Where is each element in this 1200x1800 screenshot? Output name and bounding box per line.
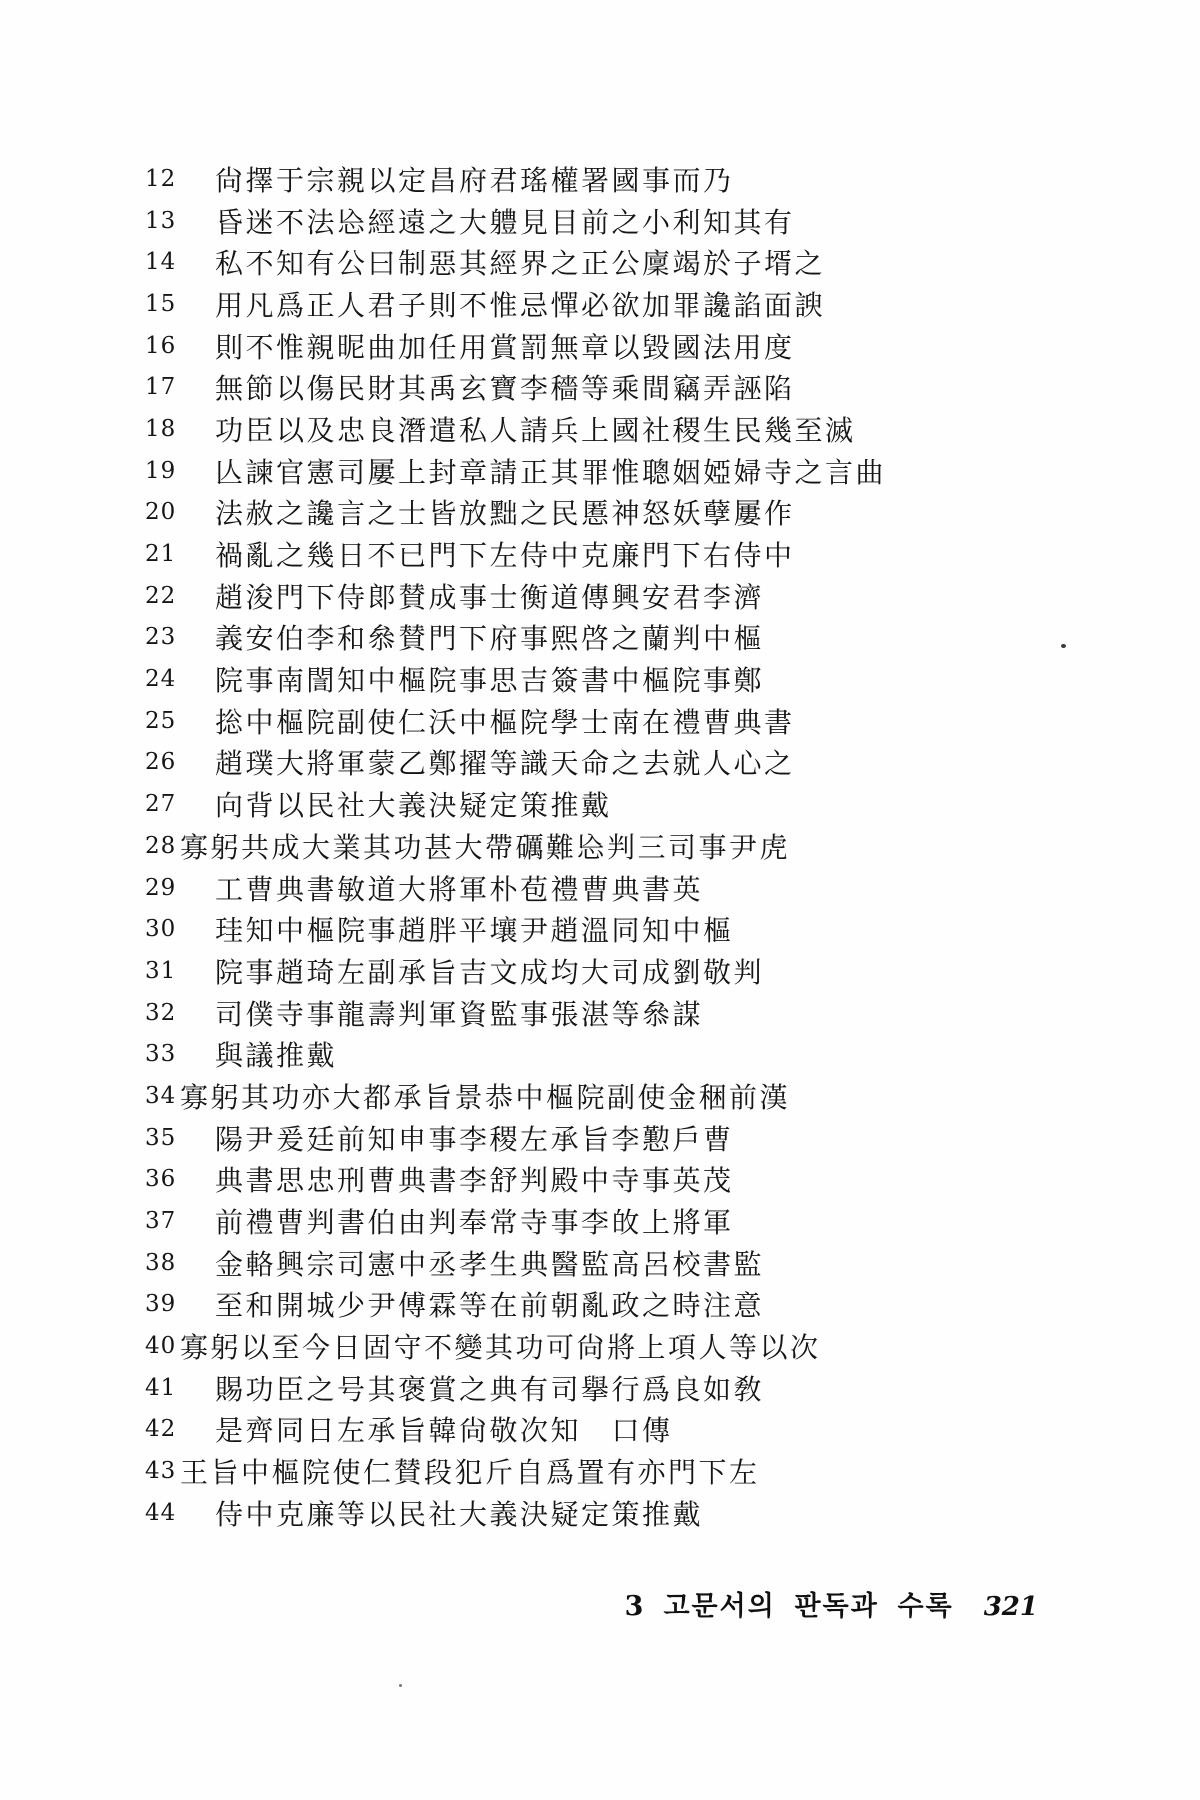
line-number: 35	[145, 1125, 176, 1151]
line-number: 19	[145, 458, 176, 484]
ink-speck	[1061, 644, 1066, 648]
line-text: 私不知有公曰制惡其經界之正公廩竭於子壻之	[215, 242, 825, 282]
line-text: 用凡爲正人君子則不惟忌憚必欲加罪讒諂面諛	[215, 284, 825, 324]
text-line: 24 院事南誾知中樞院事思吉簽書中樞院事鄭	[0, 658, 1200, 700]
line-number: 24	[145, 666, 176, 692]
text-line: 39 至和開城少尹傅霖等在前朝亂政之時注意	[0, 1284, 1200, 1326]
line-text: 陽尹爰廷前知申事李稷左承旨李懃戶曹	[215, 1118, 734, 1158]
line-number: 22	[145, 583, 176, 609]
line-text: 前禮曹判書伯由判奉常寺事李敀上將軍	[215, 1201, 734, 1241]
text-line: 41 賜功臣之号其褒賞之典有司擧行爲良如敎	[0, 1367, 1200, 1409]
line-number: 28	[145, 833, 176, 859]
text-line: 37 前禮曹判書伯由判奉常寺事李敀上將軍	[0, 1200, 1200, 1242]
line-number: 14	[145, 249, 176, 275]
line-number: 16	[145, 333, 176, 359]
line-text: 司僕寺事龍壽判軍資監事張湛等叅謀	[215, 993, 703, 1033]
line-number: 17	[145, 374, 176, 400]
line-number: 33	[145, 1041, 176, 1067]
line-number: 21	[145, 541, 176, 567]
text-line: 27 向背以民社大義決疑定策推戴	[0, 783, 1200, 825]
text-line: 35 陽尹爰廷前知申事李稷左承旨李懃戶曹	[0, 1117, 1200, 1159]
line-text: 金輅興宗司憲中丞孝生典醫監高呂校書監	[215, 1243, 764, 1283]
line-text: 無節以傷民財其禹玄寶李穡等乘間竊弄誣陷	[215, 367, 795, 407]
line-number: 31	[145, 958, 176, 984]
text-line: 22 趙浚門下侍郞賛成事士衡道傳興安君李濟	[0, 575, 1200, 617]
text-line: 43 王旨中樞院使仁賛段犯斤自爲置有亦門下左	[0, 1450, 1200, 1492]
ink-speck	[399, 1684, 402, 1687]
line-text: 與議推戴	[215, 1034, 337, 1074]
text-line: 29 工曹典書敏道大將軍朴苞禮曹典書英	[0, 867, 1200, 909]
text-line: 33 與議推戴	[0, 1033, 1200, 1075]
line-number: 40	[145, 1333, 176, 1359]
transcription-block: 12 尙擇于宗親以定昌府君瑤權署國事而乃 13 昏迷不法㤀經遠之大軆見目前之小利…	[0, 158, 1200, 1534]
line-text: 至和開城少尹傅霖等在前朝亂政之時注意	[215, 1284, 764, 1324]
line-number: 27	[145, 791, 176, 817]
line-number: 44	[145, 1500, 176, 1526]
line-text: 工曹典書敏道大將軍朴苞禮曹典書英	[215, 868, 703, 908]
line-text: 趙浚門下侍郞賛成事士衡道傳興安君李濟	[215, 576, 764, 616]
text-line: 18 功臣以及忠良潛遣私人請兵上國社稷生民幾至滅	[0, 408, 1200, 450]
text-line: 14 私不知有公曰制惡其經界之正公廩竭於子壻之	[0, 241, 1200, 283]
line-text: 院事趙琦左副承旨吉文成均大司成劉敬判	[215, 951, 764, 991]
line-text: 賜功臣之号其褒賞之典有司擧行爲良如敎	[215, 1368, 764, 1408]
line-text: 典書思忠刑曹典書李舒判殿中寺事英茂	[215, 1159, 734, 1199]
text-line: 20 法赦之讒言之士皆放黜之民慝神怒妖孽屢作	[0, 492, 1200, 534]
text-line: 21 禍亂之幾日不已門下左侍中克廉門下右侍中	[0, 533, 1200, 575]
text-line: 19 亾諫官憲司屢上封章請正其罪惟聰姻婭婦寺之言曲	[0, 450, 1200, 492]
line-text: 侍中克廉等以民社大義決疑定策推戴	[215, 1493, 703, 1533]
text-line: 40 寡躬以至今日固守不變其功可尙將上項人等以次	[0, 1325, 1200, 1367]
text-line: 23 義安伯李和叅賛門下府事熙啓之蘭判中樞	[0, 617, 1200, 659]
line-text: 寡躬以至今日固守不變其功可尙將上項人等以次	[180, 1326, 821, 1366]
text-line: 32 司僕寺事龍壽判軍資監事張湛等叅謀	[0, 992, 1200, 1034]
text-line: 26 趙璞大將軍蒙乙鄭擢等識天命之去就人心之	[0, 742, 1200, 784]
text-line: 17 無節以傷民財其禹玄寶李穡等乘間竊弄誣陷	[0, 366, 1200, 408]
footer-section-number: 3	[625, 1591, 644, 1622]
line-text: 寡躬其功亦大都承旨景恭中樞院副使金稇前漢	[180, 1076, 790, 1116]
line-number: 41	[145, 1375, 176, 1401]
line-text: 則不惟親昵曲加任用賞罰無章以毀國法用度	[215, 326, 795, 366]
line-text: 趙璞大將軍蒙乙鄭擢等識天命之去就人心之	[215, 742, 795, 782]
line-text: 尙擇于宗親以定昌府君瑤權署國事而乃	[215, 159, 734, 199]
line-text: 昏迷不法㤀經遠之大軆見目前之小利知其有	[215, 201, 795, 241]
line-text: 捴中樞院副使仁沃中樞院學士南在禮曹典書	[215, 701, 795, 741]
text-line: 15 用凡爲正人君子則不惟忌憚必欲加罪讒諂面諛	[0, 283, 1200, 325]
line-number: 12	[145, 166, 176, 192]
text-line: 25 捴中樞院副使仁沃中樞院學士南在禮曹典書	[0, 700, 1200, 742]
line-number: 29	[145, 875, 176, 901]
line-text: 功臣以及忠良潛遣私人請兵上國社稷生民幾至滅	[215, 409, 856, 449]
text-line: 12 尙擇于宗親以定昌府君瑤權署國事而乃	[0, 158, 1200, 200]
line-number: 30	[145, 916, 176, 942]
line-number: 26	[145, 749, 176, 775]
book-page: 12 尙擇于宗親以定昌府君瑤權署國事而乃 13 昏迷不法㤀經遠之大軆見目前之小利…	[0, 0, 1200, 1800]
footer-page-number: 321	[984, 1592, 1038, 1622]
line-text: 亾諫官憲司屢上封章請正其罪惟聰姻婭婦寺之言曲	[215, 451, 886, 491]
text-line: 34 寡躬其功亦大都承旨景恭中樞院副使金稇前漢	[0, 1075, 1200, 1117]
text-line: 30 珪知中樞院事趙胖平壤尹趙溫同知中樞	[0, 908, 1200, 950]
line-text: 法赦之讒言之士皆放黜之民慝神怒妖孽屢作	[215, 492, 795, 532]
text-line: 28 寡躬共成大業其功甚大帶礪難㤀判三司事尹虎	[0, 825, 1200, 867]
line-number: 37	[145, 1208, 176, 1234]
line-number: 32	[145, 1000, 176, 1026]
footer-title: 고문서의 판독과 수록	[663, 1591, 953, 1621]
line-text: 寡躬共成大業其功甚大帶礪難㤀判三司事尹虎	[180, 826, 790, 866]
line-number: 34	[145, 1083, 176, 1109]
line-text: 珪知中樞院事趙胖平壤尹趙溫同知中樞	[215, 909, 734, 949]
text-line: 38 金輅興宗司憲中丞孝生典醫監高呂校書監	[0, 1242, 1200, 1284]
line-text: 王旨中樞院使仁賛段犯斤自爲置有亦門下左	[180, 1451, 760, 1491]
line-number: 36	[145, 1166, 176, 1192]
page-footer: 3고문서의 판독과 수록321	[625, 1584, 1038, 1623]
line-number: 13	[145, 208, 176, 234]
line-number: 25	[145, 708, 176, 734]
text-line: 13 昏迷不法㤀經遠之大軆見目前之小利知其有	[0, 200, 1200, 242]
line-number: 38	[145, 1250, 176, 1276]
text-line: 36 典書思忠刑曹典書李舒判殿中寺事英茂	[0, 1159, 1200, 1201]
line-text: 向背以民社大義決疑定策推戴	[215, 784, 612, 824]
text-line: 42 是齊同日左承旨韓尙敬次知 口傳	[0, 1409, 1200, 1451]
text-line: 31 院事趙琦左副承旨吉文成均大司成劉敬判	[0, 950, 1200, 992]
text-line: 16 則不惟親昵曲加任用賞罰無章以毀國法用度	[0, 325, 1200, 367]
line-number: 43	[145, 1458, 176, 1484]
line-text: 義安伯李和叅賛門下府事熙啓之蘭判中樞	[215, 617, 764, 657]
line-text: 是齊同日左承旨韓尙敬次知 口傳	[215, 1409, 673, 1449]
line-number: 39	[145, 1291, 176, 1317]
line-number: 42	[145, 1416, 176, 1442]
line-text: 禍亂之幾日不已門下左侍中克廉門下右侍中	[215, 534, 795, 574]
line-number: 23	[145, 624, 176, 650]
line-text: 院事南誾知中樞院事思吉簽書中樞院事鄭	[215, 659, 764, 699]
line-number: 20	[145, 499, 176, 525]
line-number: 15	[145, 291, 176, 317]
line-number: 18	[145, 416, 176, 442]
text-line: 44 侍中克廉等以民社大義決疑定策推戴	[0, 1492, 1200, 1534]
